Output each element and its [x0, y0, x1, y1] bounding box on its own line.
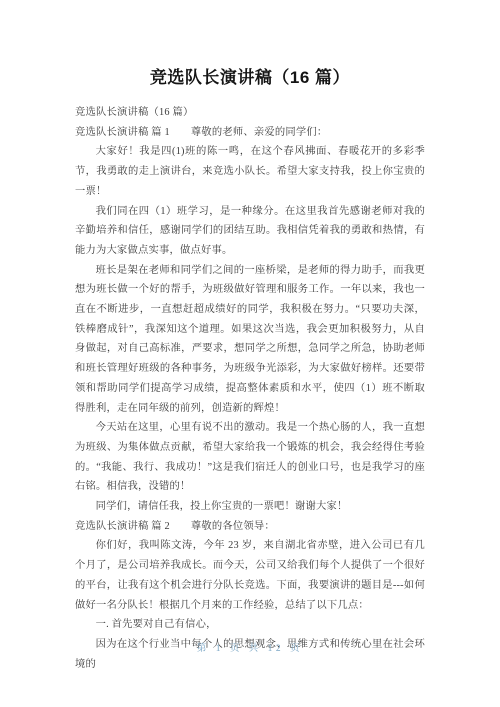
document-body: 竞选队长演讲稿（16 篇） 竞选队长演讲稿 篇 1 尊敬的老师、亲爱的同学们： …: [75, 103, 425, 674]
section2-list-item-1: 一. 首先要对自己有信心，: [75, 615, 425, 635]
document-title: 竞选队长演讲稿（16 篇）: [75, 66, 425, 90]
document-page: 竞选队长演讲稿（16 篇） 竞选队长演讲稿（16 篇） 竞选队长演讲稿 篇 1 …: [0, 0, 500, 707]
section1-paragraph-4: 今天站在这里，心里有说不出的激动。我是一个热心肠的人，我一直想为班级、为集体做点…: [75, 418, 425, 497]
section1-heading: 竞选队长演讲稿 篇 1 尊敬的老师、亲爱的同学们：: [75, 123, 425, 143]
section1-paragraph-3: 班长是架在老师和同学们之间的一座桥梁，是老师的得力助手，而我更想为班长做一个好的…: [75, 261, 425, 419]
section2-heading: 竞选队长演讲稿 篇 2 尊敬的各位领导：: [75, 517, 425, 537]
page-number-label: 第 1 页 共 12 页: [197, 644, 303, 654]
subtitle-line: 竞选队长演讲稿（16 篇）: [75, 103, 425, 123]
section1-paragraph-5: 同学们，请信任我，投上你宝贵的一票吧！谢谢大家！: [75, 497, 425, 517]
section2-paragraph-1: 你们好，我叫陈文涛，今年 23 岁，来自湖北省赤壁，进入公司已有几个月了，是公司…: [75, 536, 425, 615]
section1-paragraph-2: 我们同在四（1）班学习，是一种缘分。在这里我首先感谢老师对我的辛勤培养和信任，感…: [75, 202, 425, 261]
page-footer: 第 1 页 共 12 页: [0, 642, 500, 656]
section1-paragraph-1: 大家好！我是四(1)班的陈一鸣，在这个春风拂面、春暖花开的多彩季节，我勇敢的走上…: [75, 142, 425, 201]
